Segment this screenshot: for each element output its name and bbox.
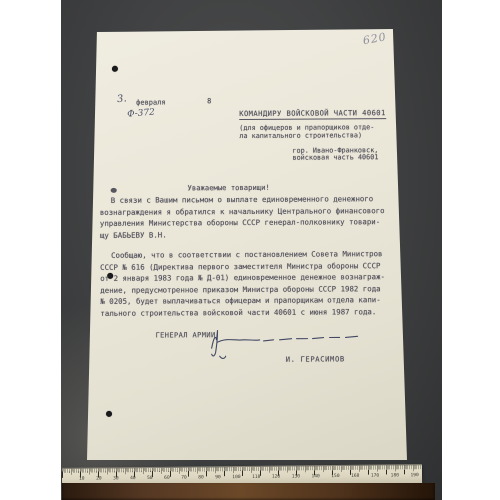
document-content: 620 3. февраля 8 Ф-372 КОМАНДИРУ ВОЙСКОВ… bbox=[86, 28, 409, 461]
recipient-line3: ла капитального строительства) bbox=[239, 132, 386, 140]
date-year-digit: 8 bbox=[207, 97, 211, 105]
ruler-number: 60 bbox=[164, 476, 170, 481]
punch-hole-top bbox=[112, 66, 118, 72]
paragraph-1: В связи с Вашим письмом о выплате единов… bbox=[100, 193, 385, 241]
body-line: управления Министерства обороны СССР ген… bbox=[100, 216, 385, 229]
recipient-block: КОМАНДИРУ ВОЙСКОВОЙ ЧАСТИ 40601 (для офи… bbox=[239, 109, 386, 163]
ruler-number: 20 bbox=[96, 476, 102, 481]
ruler-number: 80 bbox=[198, 475, 204, 480]
ruler-number: 140 bbox=[311, 474, 319, 479]
wooden-strip bbox=[62, 483, 435, 500]
ruler-number: 70 bbox=[181, 476, 187, 481]
punch-hole-bottom bbox=[106, 411, 112, 417]
ruler-number: 160 bbox=[351, 474, 359, 479]
handwritten-ref-number: Ф-372 bbox=[127, 108, 155, 120]
ruler-number: 130 bbox=[292, 474, 300, 479]
salutation: Уважаемые товарищи! bbox=[129, 183, 329, 193]
ruler-number: 110 bbox=[252, 475, 260, 480]
ruler-number: 120 bbox=[272, 475, 280, 480]
signature-name: И. ГЕРАСИМОВ bbox=[286, 354, 345, 363]
ink-mark bbox=[110, 187, 117, 194]
ruler-number: 40 bbox=[130, 476, 136, 481]
ruler-number: 30 bbox=[113, 476, 119, 481]
paragraph-2: Сообщаю, что в соответствии с постановле… bbox=[100, 248, 385, 319]
body-line: тального строительства войсковой части 4… bbox=[100, 306, 385, 319]
handwritten-day: 3. bbox=[117, 93, 128, 105]
ruler-number: 90 bbox=[215, 475, 221, 480]
recipient-line1: КОМАНДИРУ ВОЙСКОВОЙ ЧАСТИ 40601 bbox=[239, 109, 386, 120]
ruler-number: 100 bbox=[232, 475, 240, 480]
ruler-number: 10 bbox=[79, 477, 85, 482]
body-line: щу БАБЬЕВУ В.Н. bbox=[100, 228, 385, 241]
ruler-number: 170 bbox=[371, 474, 379, 479]
ruler-number: 180 bbox=[391, 473, 399, 478]
date-month: февраля bbox=[136, 98, 166, 106]
document-paper: 620 3. февраля 8 Ф-372 КОМАНДИРУ ВОЙСКОВ… bbox=[87, 29, 407, 460]
handwritten-corner-number: 620 bbox=[362, 30, 388, 47]
screenshot-canvas: 620 3. февраля 8 Ф-372 КОМАНДИРУ ВОЙСКОВ… bbox=[0, 0, 500, 500]
ruler-number: 150 bbox=[331, 474, 339, 479]
ruler-number: 50 bbox=[147, 476, 153, 481]
recipient-city-line2: войсковая часть 40601 bbox=[292, 154, 386, 162]
photo-background: 620 3. февраля 8 Ф-372 КОМАНДИРУ ВОЙСКОВ… bbox=[61, 0, 442, 500]
ruler-number: 190 bbox=[410, 473, 418, 478]
